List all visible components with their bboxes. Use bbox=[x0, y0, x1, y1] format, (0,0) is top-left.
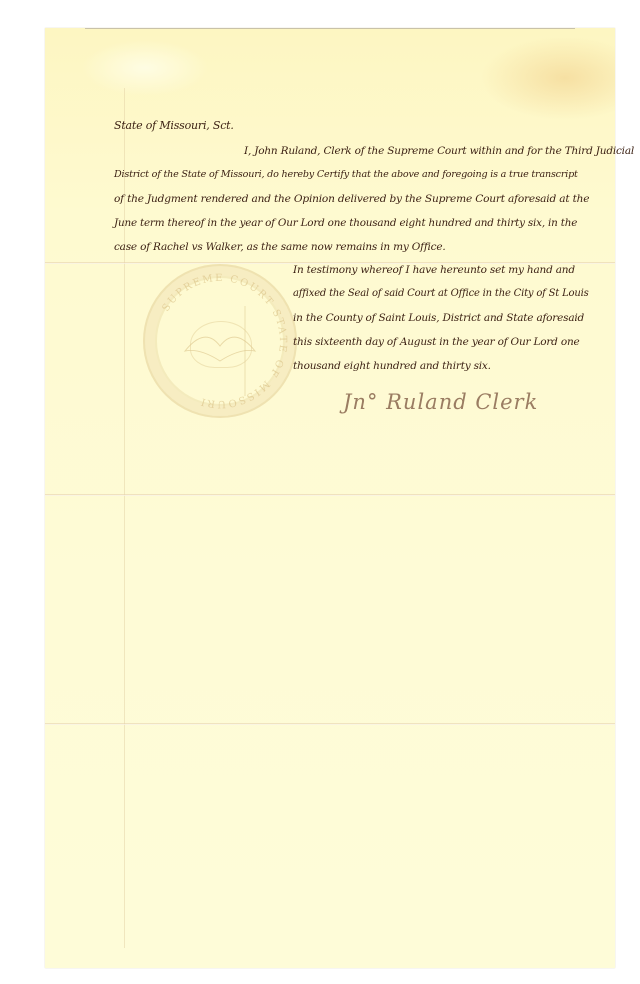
body-line: June term thereof in the year of Our Lor… bbox=[114, 218, 577, 228]
fold-line bbox=[45, 494, 615, 496]
document-heading: State of Missouri, Sct. bbox=[114, 120, 234, 131]
eagle-icon bbox=[190, 321, 252, 368]
body-line: District of the State of Missouri, do he… bbox=[114, 170, 578, 180]
testimony-line: In testimony whereof I have hereunto set… bbox=[293, 265, 575, 276]
body-line: I, John Ruland, Clerk of the Supreme Cou… bbox=[244, 146, 634, 157]
testimony-line: thousand eight hundred and thirty six. bbox=[293, 361, 491, 372]
testimony-line: this sixteenth day of August in the year… bbox=[293, 337, 580, 348]
document-page: SUPREME COURT STATE OF MISSOURI State of… bbox=[45, 28, 615, 968]
embossed-court-seal: SUPREME COURT STATE OF MISSOURI bbox=[143, 264, 297, 418]
clerk-signature: Jn° Ruland Clerk bbox=[343, 390, 538, 414]
paper-top-edge bbox=[85, 28, 575, 29]
testimony-line: affixed the Seal of said Court at Office… bbox=[293, 289, 589, 299]
fold-line bbox=[45, 723, 615, 725]
body-line: of the Judgment rendered and the Opinion… bbox=[114, 194, 589, 205]
testimony-line: in the County of Saint Louis, District a… bbox=[293, 313, 584, 324]
body-line: case of Rachel vs Walker, as the same no… bbox=[114, 242, 446, 253]
